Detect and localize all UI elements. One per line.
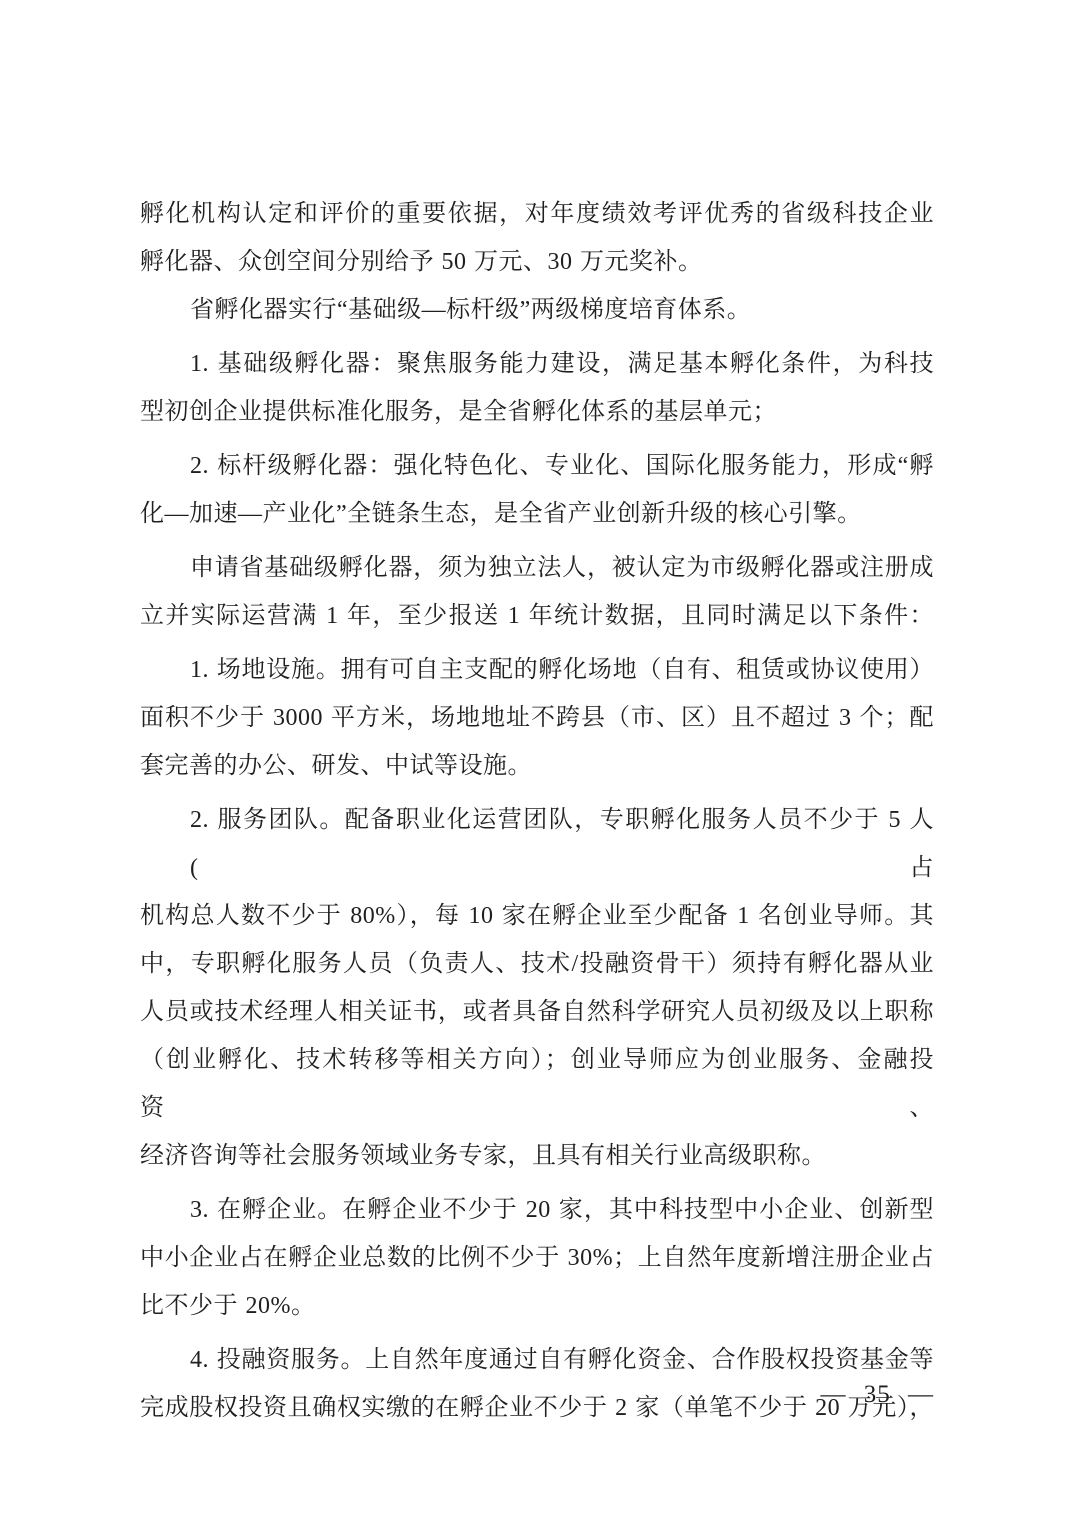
text-line: 面积不少于 3000 平方米，场地地址不跨县（市、区）且不超过 3 个；配 <box>140 694 934 742</box>
text-line: 经济咨询等社会服务领域业务专家，且具有相关行业高级职称。 <box>140 1132 934 1180</box>
text-line: 完成股权投资且确权实缴的在孵企业不少于 2 家（单笔不少于 20 万元）， <box>140 1384 934 1432</box>
text-line: 立并实际运营满 1 年，至少报送 1 年统计数据，且同时满足以下条件： <box>140 592 934 640</box>
text-line: 1. 基础级孵化器：聚焦服务能力建设，满足基本孵化条件，为科技 <box>140 340 934 388</box>
page-footer: — 35 — <box>821 1380 935 1410</box>
text-line: 2. 标杆级孵化器：强化特色化、专业化、国际化服务能力，形成“孵 <box>140 442 934 490</box>
text-line: 孵化器、众创空间分别给予 50 万元、30 万元奖补。 <box>140 238 934 286</box>
document-page: 孵化机构认定和评价的重要依据，对年度绩效考评优秀的省级科技企业 孵化器、众创空间… <box>0 0 1074 1520</box>
text-line: 省孵化器实行“基础级—标杆级”两级梯度培育体系。 <box>140 286 934 334</box>
text-line: 3. 在孵企业。在孵企业不少于 20 家，其中科技型中小企业、创新型 <box>140 1186 934 1234</box>
text-line: 人员或技术经理人相关证书，或者具备自然科学研究人员初级及以上职称 <box>140 988 934 1036</box>
text-line: 4. 投融资服务。上自然年度通过自有孵化资金、合作股权投资基金等 <box>140 1336 934 1384</box>
text-line: 申请省基础级孵化器，须为独立法人，被认定为市级孵化器或注册成 <box>140 544 934 592</box>
text-line: 2. 服务团队。配备职业化运营团队，专职孵化服务人员不少于 5 人(占 <box>140 796 934 892</box>
text-line: （创业孵化、技术转移等相关方向）；创业导师应为创业服务、金融投资、 <box>140 1036 934 1132</box>
text-line: 套完善的办公、研发、中试等设施。 <box>140 742 934 790</box>
text-line: 中小企业占在孵企业总数的比例不少于 30%；上自然年度新增注册企业占 <box>140 1234 934 1282</box>
page-number: — 35 — <box>821 1381 935 1408</box>
text-line: 机构总人数不少于 80%），每 10 家在孵企业至少配备 1 名创业导师。其 <box>140 892 934 940</box>
text-line: 1. 场地设施。拥有可自主支配的孵化场地（自有、租赁或协议使用） <box>140 646 934 694</box>
text-line: 型初创企业提供标准化服务，是全省孵化体系的基层单元； <box>140 388 934 436</box>
text-line: 比不少于 20%。 <box>140 1282 934 1330</box>
text-line: 中，专职孵化服务人员（负责人、技术/投融资骨干）须持有孵化器从业 <box>140 940 934 988</box>
document-body: 孵化机构认定和评价的重要依据，对年度绩效考评优秀的省级科技企业 孵化器、众创空间… <box>140 190 934 1432</box>
text-line: 孵化机构认定和评价的重要依据，对年度绩效考评优秀的省级科技企业 <box>140 190 934 238</box>
text-line: 化—加速—产业化”全链条生态，是全省产业创新升级的核心引擎。 <box>140 490 934 538</box>
